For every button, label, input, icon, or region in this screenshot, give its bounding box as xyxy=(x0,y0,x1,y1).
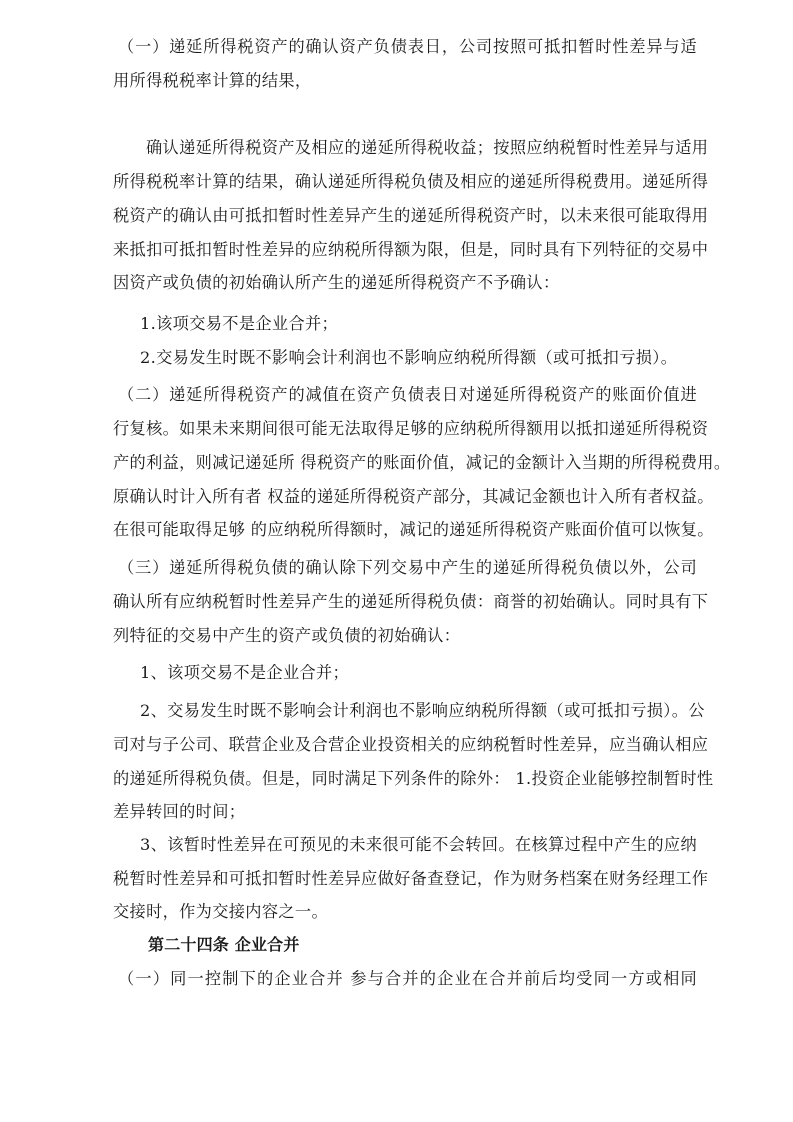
text-line: 2、交易发生时既不影响会计利润也不影响应纳税所得额（或可抵扣亏损）。公 xyxy=(140,699,697,723)
text-line: 列特征的交易中产生的资产或负债的初始确认： xyxy=(113,624,697,648)
text-line: 税暂时性差异和可抵扣暂时性差异应做好备查登记，作为财务档案在财务经理工作 xyxy=(113,867,697,891)
text-line: （一）同一控制下的企业合并 参与合并的企业在合并前后均受同一方或相同 xyxy=(118,967,697,991)
text-line: 行复核。如果未来期间很可能无法取得足够的应纳税所得额用以抵扣递延所得税资 xyxy=(113,417,697,441)
text-line: 产的利益，则减记递延所 得税资产的账面价值，减记的金额计入当期的所得税费用。 xyxy=(113,451,697,475)
text-line: 来抵扣可抵扣暂时性差异的应纳税所得额为限，但是，同时具有下列特征的交易中 xyxy=(113,238,697,262)
text-line: 原确认时计入所有者 权益的递延所得税资产部分，其减记金额也计入所有者权益。 xyxy=(113,485,697,509)
text-line: 确认所有应纳税暂时性差异产生的递延所得税负债：商誉的初始确认。同时具有下 xyxy=(113,590,697,614)
text-line: （一）递延所得税资产的确认资产负债表日，公司按照可抵扣暂时性差异与适 xyxy=(118,35,697,59)
text-line: 3、该暂时性差异在可预见的未来很可能不会转回。在核算过程中产生的应纳 xyxy=(140,833,697,857)
text-line: 的递延所得税负债。但是，同时满足下列条件的除外： 1.投资企业能够控制暂时性 xyxy=(113,767,697,791)
text-line: 因资产或负债的初始确认所产生的递延所得税资产不予确认： xyxy=(113,271,697,295)
text-line: 在很可能取得足够 的应纳税所得额时，减记的递延所得税资产账面价值可以恢复。 xyxy=(113,518,697,542)
text-line: 差异转回的时间； xyxy=(113,800,697,824)
text-line: 1.该项交易不是企业合并； xyxy=(140,312,697,336)
text-line: 税资产的确认由可抵扣暂时性差异产生的递延所得税资产时，以未来很可能取得用 xyxy=(113,204,697,228)
text-line: 所得税税率计算的结果，确认递延所得税负债及相应的递延所得税费用。递延所得 xyxy=(113,170,697,194)
text-line: （三）递延所得税负债的确认除下列交易中产生的递延所得税负债以外，公司 xyxy=(118,556,697,580)
text-line: 交接时，作为交接内容之一。 xyxy=(113,900,697,924)
text-line: 1、该项交易不是企业合并； xyxy=(140,661,697,685)
text-line: 司对与子公司、联营企业及合营企业投资相关的应纳税暂时性差异，应当确认相应 xyxy=(113,733,697,757)
text-line: 用所得税税率计算的结果， xyxy=(113,69,697,93)
text-line: （二）递延所得税资产的减值在资产负债表日对递延所得税资产的账面价值进 xyxy=(118,383,697,407)
section-heading: 第二十四条 企业合并 xyxy=(148,933,732,957)
text-line: 确认递延所得税资产及相应的递延所得税收益；按照应纳税暂时性差异与适用 xyxy=(146,136,697,160)
document-page: （一）递延所得税资产的确认资产负债表日，公司按照可抵扣暂时性差异与适用所得税税率… xyxy=(0,0,793,1122)
text-line: 2.交易发生时既不影响会计利润也不影响应纳税所得额（或可抵扣亏损）。 xyxy=(140,346,697,370)
